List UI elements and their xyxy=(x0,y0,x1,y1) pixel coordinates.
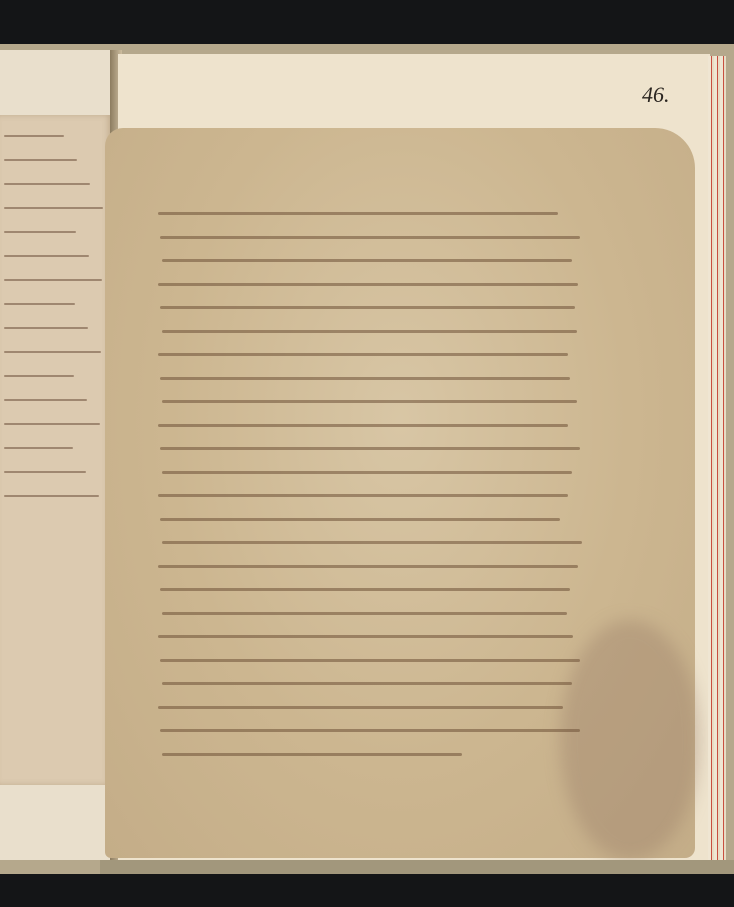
handwritten-line xyxy=(162,471,572,474)
handwritten-line xyxy=(162,330,577,333)
handwritten-line xyxy=(162,541,582,544)
water-stain-corner xyxy=(560,620,700,860)
handwritten-line xyxy=(160,377,570,380)
handwritten-line xyxy=(158,706,563,709)
handwritten-line xyxy=(158,424,568,427)
handwritten-line xyxy=(158,494,568,497)
handwritten-line xyxy=(162,612,567,615)
handwritten-line xyxy=(160,729,580,732)
folio-number: 46. xyxy=(642,82,670,108)
book-board-bottom xyxy=(100,860,734,874)
handwritten-line xyxy=(158,565,578,568)
handwritten-line xyxy=(158,635,573,638)
handwritten-line-left xyxy=(4,423,100,425)
handwritten-line xyxy=(162,753,462,756)
handwritten-line xyxy=(158,353,568,356)
handwritten-line-left xyxy=(4,399,87,401)
handwritten-line-left xyxy=(4,303,75,305)
handwritten-line-left xyxy=(4,159,77,161)
handwritten-line-left xyxy=(4,183,90,185)
handwritten-line xyxy=(160,588,570,591)
page-edges xyxy=(708,56,726,861)
handwritten-line xyxy=(162,400,577,403)
left-page-inserted-slip xyxy=(0,115,112,785)
handwritten-line-left xyxy=(4,495,99,497)
handwritten-line xyxy=(158,283,578,286)
handwritten-line-left xyxy=(4,231,76,233)
handwritten-line-left xyxy=(4,351,101,353)
handwritten-line-left xyxy=(4,207,103,209)
handwritten-line xyxy=(162,259,572,262)
handwritten-line xyxy=(160,518,560,521)
handwritten-line-left xyxy=(4,135,64,137)
handwritten-line xyxy=(160,306,575,309)
handwritten-line xyxy=(158,212,558,215)
handwritten-line-left xyxy=(4,471,86,473)
handwritten-line xyxy=(160,659,580,662)
handwritten-line xyxy=(160,236,580,239)
handwritten-line-left xyxy=(4,255,89,257)
handwritten-line-left xyxy=(4,279,102,281)
handwritten-line-left xyxy=(4,447,73,449)
handwritten-line-left xyxy=(4,327,88,329)
handwritten-line xyxy=(162,682,572,685)
handwritten-line-left xyxy=(4,375,74,377)
handwritten-line xyxy=(160,447,580,450)
